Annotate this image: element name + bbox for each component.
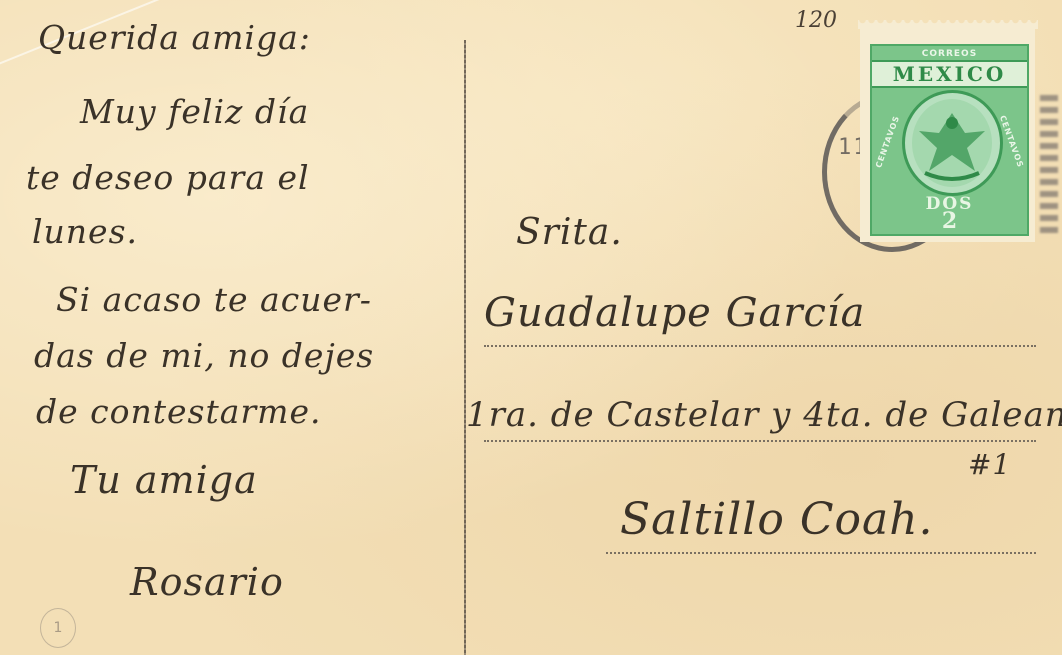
closing-line: Tu amiga xyxy=(70,458,258,502)
stamp-value-number: 2 xyxy=(872,208,1027,234)
pencil-mark: 1 xyxy=(40,608,76,648)
address-rule xyxy=(484,345,1036,347)
postcard-back: 120 Querida amiga: Muy feliz día te dese… xyxy=(0,0,1062,655)
stamp-design: CORREOS MEXICO CENTAVOS CENTAVOS DOS 2 xyxy=(870,44,1029,236)
message-line: de contestarme. xyxy=(36,392,322,431)
postage-stamp: CORREOS MEXICO CENTAVOS CENTAVOS DOS 2 xyxy=(860,24,1035,242)
reference-number: 120 xyxy=(795,8,837,33)
address-number: #1 xyxy=(968,448,1011,481)
message-line: te deseo para el xyxy=(26,158,310,197)
eagle-emblem-icon xyxy=(902,90,1003,196)
message-line: Muy feliz día xyxy=(80,92,309,131)
message-line: das de mi, no dejes xyxy=(34,336,374,375)
address-street: 1ra. de Castelar y 4ta. de Galeana xyxy=(466,395,1062,435)
cancellation-bars xyxy=(1040,95,1058,235)
message-line: Si acaso te acuer- xyxy=(56,280,372,319)
address-city: Saltillo Coah. xyxy=(620,494,934,545)
signature: Rosario xyxy=(130,560,284,604)
address-recipient: Guadalupe García xyxy=(484,290,866,336)
message-line: lunes. xyxy=(32,212,138,251)
stamp-left-arc: CENTAVOS xyxy=(874,114,901,169)
stamp-country: MEXICO xyxy=(872,60,1027,88)
divider-line xyxy=(464,40,466,655)
address-rule xyxy=(484,440,1036,442)
message-line: Querida amiga: xyxy=(38,18,311,57)
address-salutation: Srita. xyxy=(516,212,623,253)
stamp-header: CORREOS xyxy=(872,49,1027,59)
address-rule xyxy=(606,552,1036,554)
